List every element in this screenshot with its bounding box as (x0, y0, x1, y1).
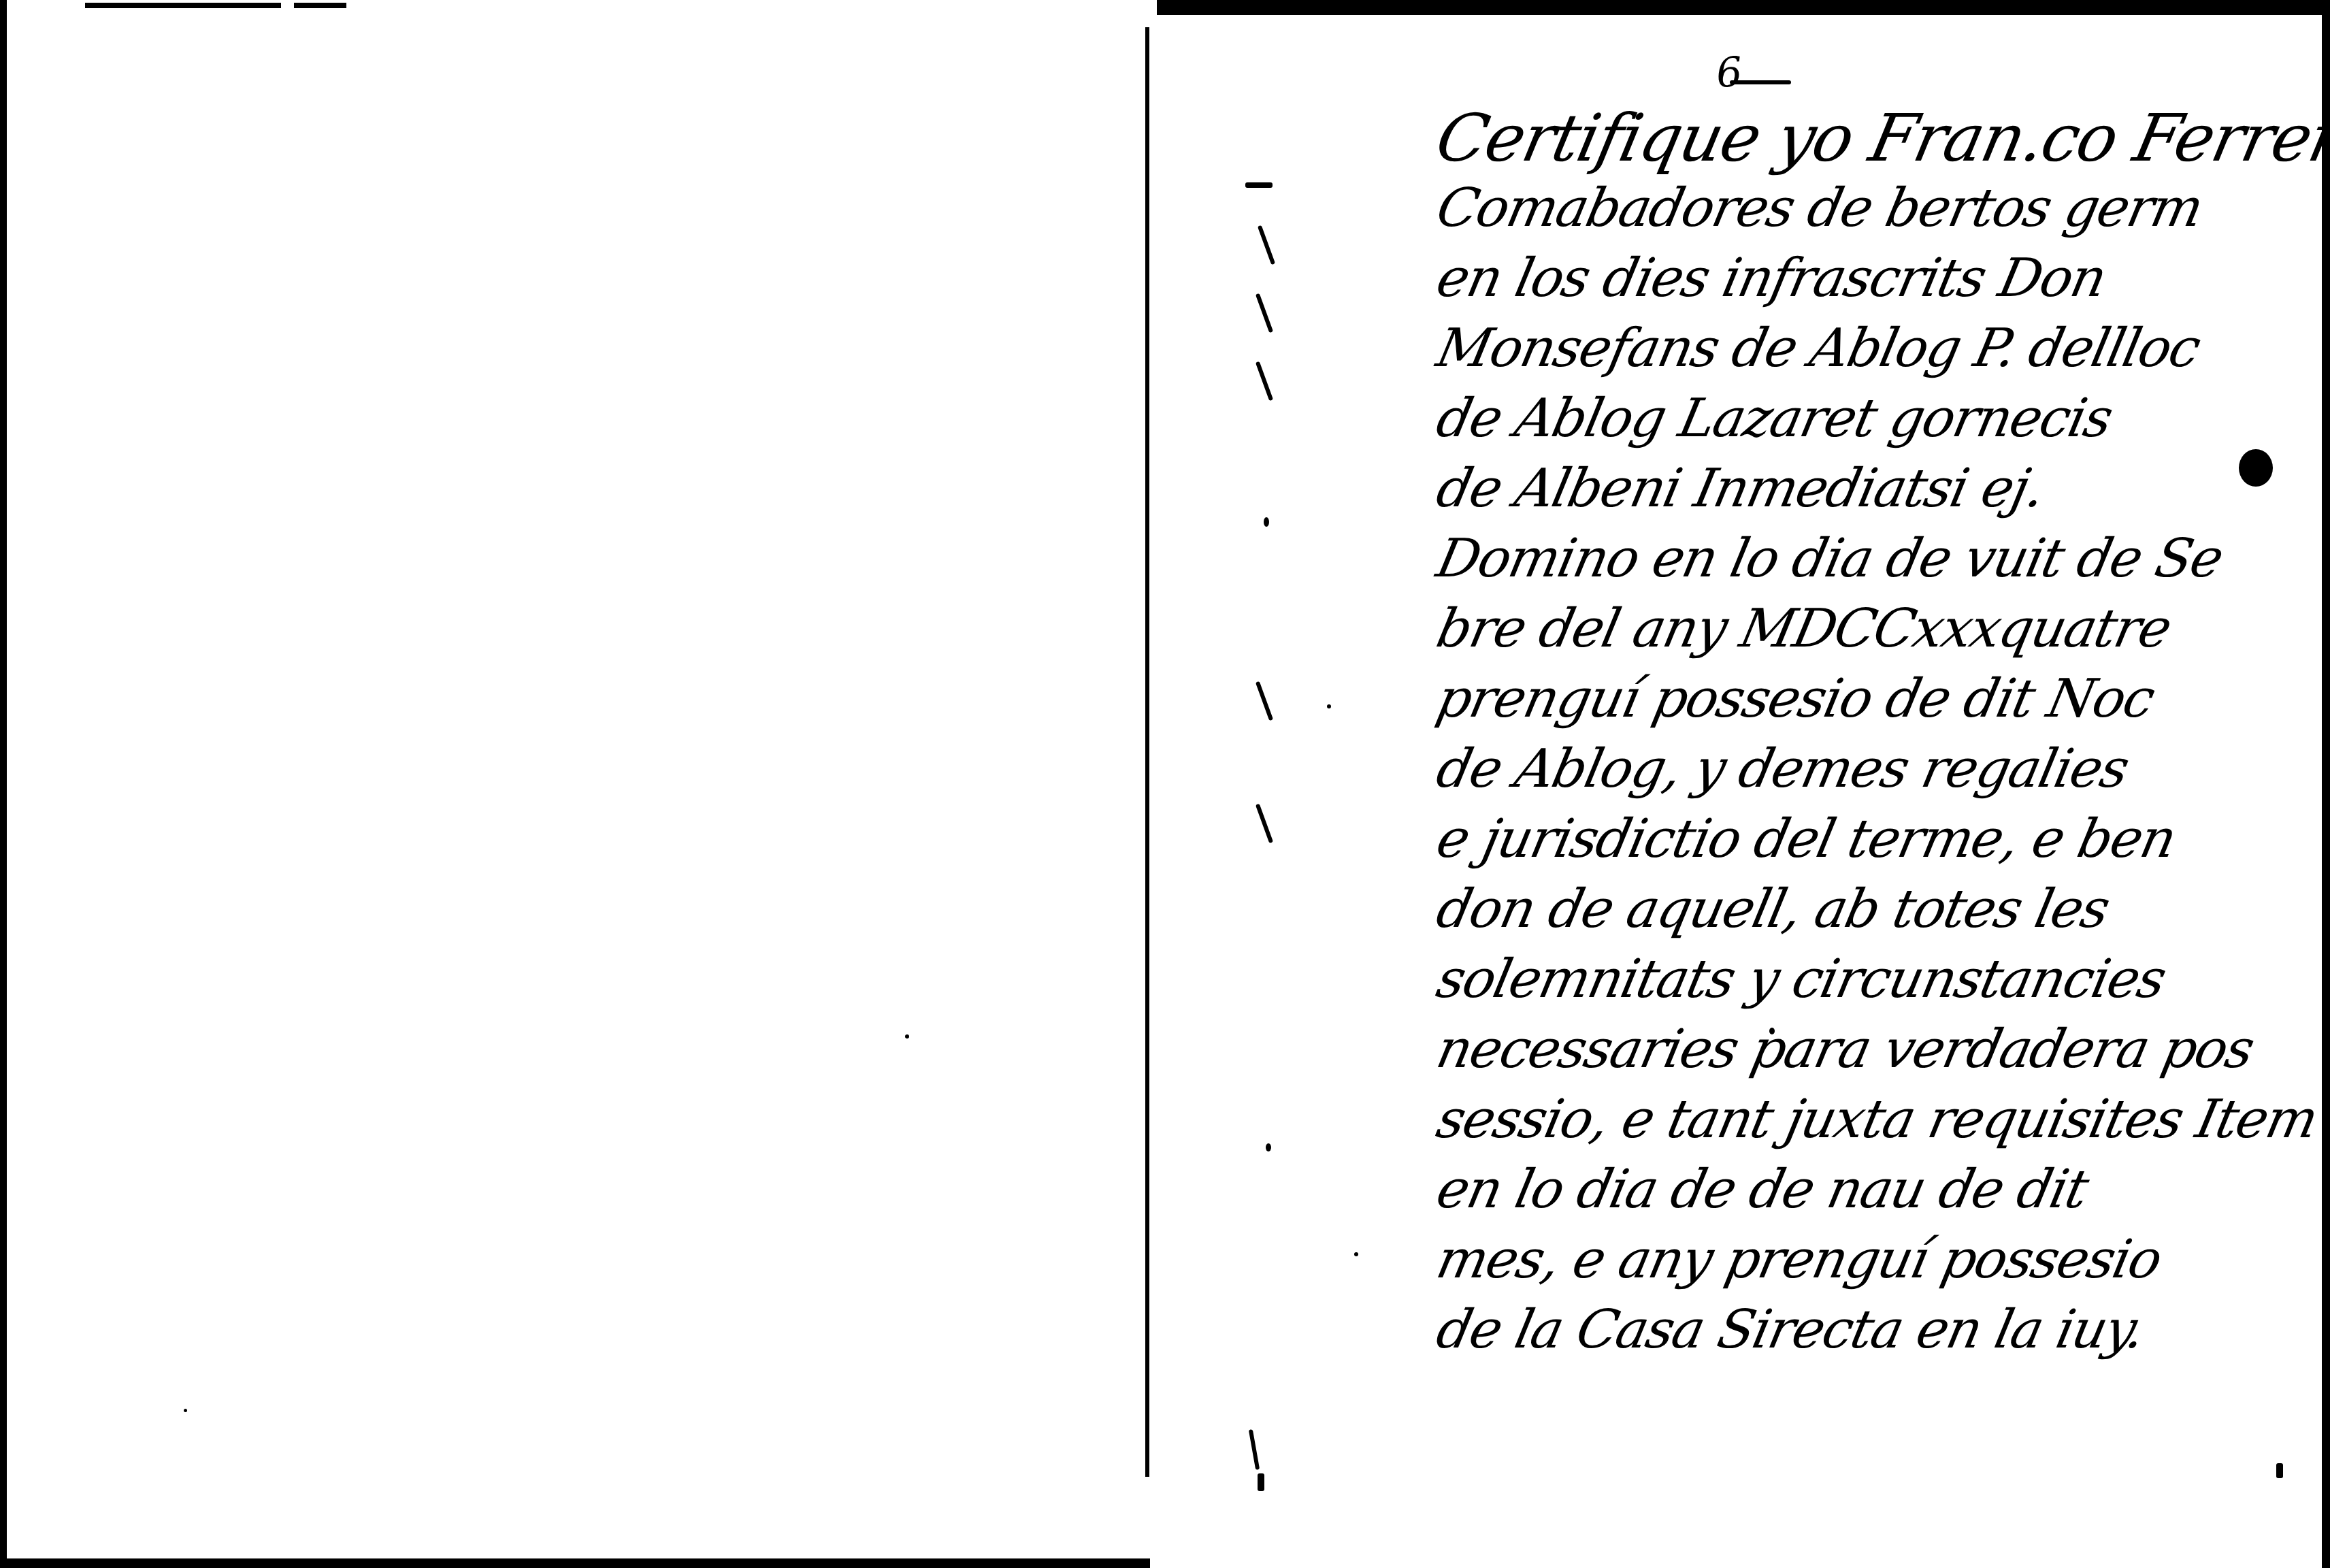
text-line: bre del any MDCCxxxquatre (1430, 594, 2303, 664)
scan-border-top (1157, 0, 2330, 15)
ink-blot (2239, 449, 2273, 487)
manuscript-scan: 6 Certifique yo Fran.co Ferrer Hg Comaba… (0, 0, 2330, 1568)
handwritten-text: Certifique yo Fran.co Ferrer Hg Comabado… (1430, 103, 2288, 1365)
text-line: en los dies infrascrits Don (1430, 244, 2303, 314)
scan-border-left (0, 0, 7, 1568)
text-line: Comabadores de bertos germ (1430, 174, 2303, 244)
text-line: de Ablog Lazaret gornecis (1430, 384, 2303, 454)
text-line: mes, e any prenguí possesio (1430, 1225, 2303, 1295)
folio-underline (1730, 80, 1791, 84)
folio-number: 6 (1715, 48, 1744, 97)
text-line: solemnitats y circunstancies (1430, 945, 2303, 1015)
text-line: Domino en lo dia de vuit de Se (1430, 524, 2303, 594)
scan-border-bottom (0, 1558, 1150, 1568)
text-line: don de aquell, ab totes les (1430, 875, 2303, 945)
text-line: e jurisdictio del terme, e ben (1430, 804, 2303, 875)
right-page: 6 Certifique yo Fran.co Ferrer Hg Comaba… (1172, 15, 2322, 1546)
text-line: sessio, e tant juxta requisites Item (1430, 1085, 2303, 1155)
left-page-blank (7, 14, 1145, 1558)
text-line: Certifique yo Fran.co Ferrer Hg (1430, 103, 2303, 174)
text-line: Monsefans de Ablog P. dellloc (1430, 314, 2303, 384)
text-line: en lo dia de de nau de dit (1430, 1155, 2303, 1225)
scan-border-right (2322, 0, 2330, 1568)
text-line: de Albeni Inmediatsi ej. (1430, 454, 2303, 524)
text-line: de Ablog, y demes regalies (1430, 734, 2303, 804)
text-line: prenguí possesio de dit Noc (1430, 664, 2303, 734)
text-line: necessaries para verdadera pos (1430, 1015, 2303, 1085)
left-page-top-edge (85, 3, 521, 8)
page-gutter (1145, 27, 1149, 1477)
text-line: de la Casa Sirecta en la iuy. (1430, 1295, 2303, 1365)
